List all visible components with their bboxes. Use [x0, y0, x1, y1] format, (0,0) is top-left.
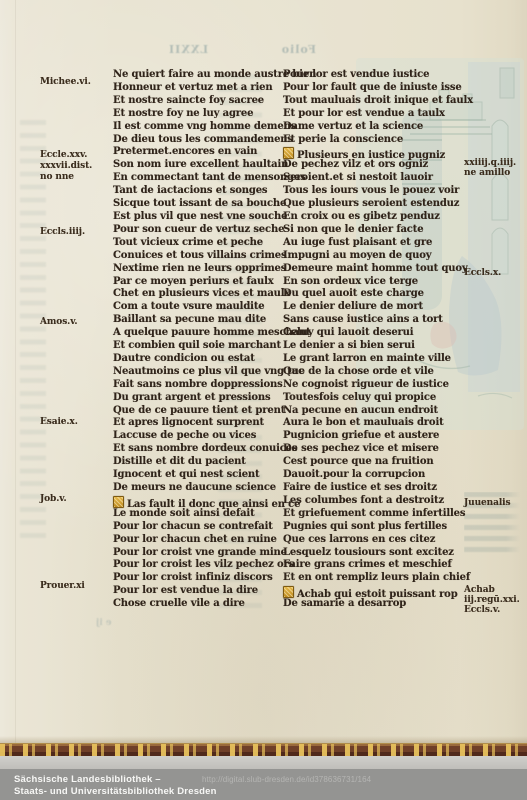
- margin-citation: Achab: [464, 585, 495, 595]
- scanner-background-strip: [0, 756, 527, 769]
- margin-citation: xxxvii.dist.: [40, 161, 92, 171]
- verse-line: Chose cruelle vile a dire: [113, 598, 289, 611]
- verse-line: Honneur et vertuz met a rien: [113, 82, 289, 95]
- verse-line: Pour lor est vendue la dire: [113, 585, 289, 598]
- verse-line: Au iuge fust plaisant et gre: [283, 237, 459, 250]
- verse-line: Seroient.et si nestoit lauoir: [283, 172, 459, 185]
- book-page: Folio LXXII: [0, 0, 527, 743]
- margin-citation: Michee.vi.: [40, 77, 91, 87]
- verse-line: Le denier a si bien serui: [283, 340, 459, 353]
- verse-line: Tout vicieux crime et peche: [113, 237, 289, 250]
- verse-line: De ses pechez vice et misere: [283, 443, 459, 456]
- verse-line: Pour lor est vendue iustice: [283, 69, 459, 82]
- verse-line: Dauoit.pour la corrupcion: [283, 469, 459, 482]
- verse-line: Achab qui estoit puissant rop: [283, 585, 459, 598]
- folio-number: LXXII: [168, 43, 208, 56]
- verse-line: Conuices et tous villains crimes: [113, 250, 289, 263]
- verse-line: Tant de iactacions et songes: [113, 185, 289, 198]
- verse-line: A quelque pauure homme meschant: [113, 327, 289, 340]
- verse-line: Pugnicion griefue et austere: [283, 430, 459, 443]
- illuminated-initial-icon: [283, 147, 294, 159]
- verse-line: Sicque tout issant de sa bouche: [113, 198, 289, 211]
- verse-line: Et griefuement comme infertilles: [283, 508, 459, 521]
- margin-citation: ne amillo: [464, 168, 510, 178]
- verse-line: Son nom iure excellent haultain: [113, 159, 289, 172]
- verse-line: Du quel auoit este charge: [283, 288, 459, 301]
- verse-line: Que de ce pauure tient et prent: [113, 405, 289, 418]
- verse-line: Fait sans nombre doppressions: [113, 379, 289, 392]
- verse-line: Laccuse de peche ou vices: [113, 430, 289, 443]
- illuminated-initial-icon: [113, 496, 124, 508]
- verse-line: Dame vertuz et la science: [283, 121, 459, 134]
- verse-line: Tout mauluais droit inique et faulx: [283, 95, 459, 108]
- verse-line: Faire grans crimes et meschief: [283, 559, 459, 572]
- verse-line: Neautmoins ce plus vil que vng tac: [113, 366, 289, 379]
- verse-line: De pechez vilz et ors ogniz: [283, 159, 459, 172]
- margin-citation: Eccle.xxv.: [40, 150, 87, 160]
- verse-line: Faire de iustice et ses droitz: [283, 482, 459, 495]
- margin-citation: Juuenalis: [464, 498, 510, 508]
- verse-line: De samarie a desarrop: [283, 598, 459, 611]
- verse-line: Chet en plusieurs vices et maulx: [113, 288, 289, 301]
- verse-line: Et sans nombre dordeux conuices: [113, 443, 289, 456]
- library-name-line1: Sächsische Landesbibliothek –: [14, 774, 217, 786]
- verse-line: Il est comme vng homme demens: [113, 121, 289, 134]
- verse-line: Pour lor chacun chet en ruine: [113, 534, 289, 547]
- verse-line: Ignocent et qui nest scient: [113, 469, 289, 482]
- folio-word: Folio: [281, 43, 316, 56]
- verse-line: Ne quiert faire au monde austre bien: [113, 69, 289, 82]
- margin-citation: Prouer.xi: [40, 581, 85, 591]
- verse-line: Est plus vil que nest vne souche: [113, 211, 289, 224]
- verse-line: Et nostre saincte foy sacree: [113, 95, 289, 108]
- verse-line: Et perie la conscience: [283, 134, 459, 147]
- verse-line: Ne cognoist rigueur de iustice: [283, 379, 459, 392]
- verse-line: Si non que le denier facte: [283, 224, 459, 237]
- verse-line: Et apres lignocent surprent: [113, 417, 289, 430]
- verse-line: Que plusieurs seroient estenduz: [283, 198, 459, 211]
- verse-line: En commectant tant de mensonges: [113, 172, 289, 185]
- margin-citation: Eccls.v.: [464, 605, 500, 615]
- verse-line: Pour lor croist vne grande mine: [113, 547, 289, 560]
- verse-line: En son ordeux vice terge: [283, 276, 459, 289]
- margin-citation: Job.v.: [40, 494, 67, 504]
- illuminated-initial-icon: [283, 586, 294, 598]
- text-showthrough: [20, 120, 46, 540]
- verse-line: Tous les iours vous le pouez voir: [283, 185, 459, 198]
- verse-line: Le grant larron en mainte ville: [283, 353, 459, 366]
- verse-line: Lesquelz tousiours sont excitez: [283, 547, 459, 560]
- verse-line: En croix ou es gibetz penduz: [283, 211, 459, 224]
- verse-line: Pugnies qui sont plus fertilles: [283, 521, 459, 534]
- library-name-line2: Staats- und Universitätsbibliothek Dresd…: [14, 786, 217, 798]
- verse-line: Dautre condicion ou estat: [113, 353, 289, 366]
- signature-showthrough: e ij: [96, 618, 112, 628]
- verse-line: Aura le bon et mauluais droit: [283, 417, 459, 430]
- verse-line: Que de la chose orde et vile: [283, 366, 459, 379]
- verse-line: Pour lor fault que de iniuste isse: [283, 82, 459, 95]
- verse-line: Et combien quil soie marchant: [113, 340, 289, 353]
- library-name: Sächsische Landesbibliothek – Staats- un…: [14, 774, 217, 797]
- verse-line: Pretermet.encores en vain: [113, 146, 289, 159]
- verse-line: Les columbes font a destroitz: [283, 495, 459, 508]
- verse-line: De meurs ne daucune science: [113, 482, 289, 495]
- gilt-book-edge: [0, 743, 527, 756]
- folio-showthrough: Folio LXXII: [168, 43, 316, 61]
- verse-line: Par ce moyen periurs et faulx: [113, 276, 289, 289]
- verse-line: Demeure maint homme tout quoy: [283, 263, 459, 276]
- verse-line: Toutesfois celuy qui propice: [283, 392, 459, 405]
- verse-line: Distille et dit du pacient: [113, 456, 289, 469]
- verse-line: Et en ont rempliz leurs plain chief: [283, 572, 459, 585]
- scanned-book-viewport: Folio LXXII: [0, 0, 527, 800]
- verse-line: Com a toute vsure mauldite: [113, 301, 289, 314]
- verse-line: Pour lor chacun se contrefait: [113, 521, 289, 534]
- margin-citation: xxiiij.q.iiij.: [464, 158, 516, 168]
- verse-line: Le denier deliure de mort: [283, 301, 459, 314]
- verse-line: Que ces larrons en ces citez: [283, 534, 459, 547]
- verse-line: Las fault il donc que ainsi en ce: [113, 495, 289, 508]
- margin-citation: Amos.v.: [40, 317, 77, 327]
- verse-line: Pour lor croist les vilz pechez ors: [113, 559, 289, 572]
- verse-line: Celuy qui lauoit deserui: [283, 327, 459, 340]
- verse-line: Impugni au moyen de quoy: [283, 250, 459, 263]
- verse-line: Nextime rien ne leurs opprimes: [113, 263, 289, 276]
- margin-citation: iij.regū.xxi.: [464, 595, 520, 605]
- verse-line: Sans cause iustice ains a tort: [283, 314, 459, 327]
- library-footer: Sächsische Landesbibliothek – Staats- un…: [0, 769, 527, 800]
- verse-column-right: Pour lor est vendue iusticePour lor faul…: [283, 69, 459, 611]
- verse-line: Pour lor croist infiniz discors: [113, 572, 289, 585]
- verse-line: Pour son cueur de vertuz seche: [113, 224, 289, 237]
- margin-citation: Eccls.x.: [464, 268, 501, 278]
- digital-url: http://digital.slub-dresden.de/id3786367…: [202, 775, 371, 784]
- verse-line: De dieu tous les commandemens: [113, 134, 289, 147]
- verse-line: Et nostre foy ne luy agree: [113, 108, 289, 121]
- margin-citation: no nne: [40, 172, 74, 182]
- verse-line: Baillant sa pecune mau dite: [113, 314, 289, 327]
- margin-citation: Eccls.iiij.: [40, 227, 85, 237]
- verse-line: Et pour lor est vendue a taulx: [283, 108, 459, 121]
- verse-line: Na pecune en aucun endroit: [283, 405, 459, 418]
- margin-citation: Esaie.x.: [40, 417, 78, 427]
- verse-line: Plusieurs en iustice pugniz: [283, 146, 459, 159]
- verse-column-left: Ne quiert faire au monde austre bienHonn…: [113, 69, 289, 611]
- verse-line: Cest pource que na fruition: [283, 456, 459, 469]
- verse-line: Du grant argent et pressions: [113, 392, 289, 405]
